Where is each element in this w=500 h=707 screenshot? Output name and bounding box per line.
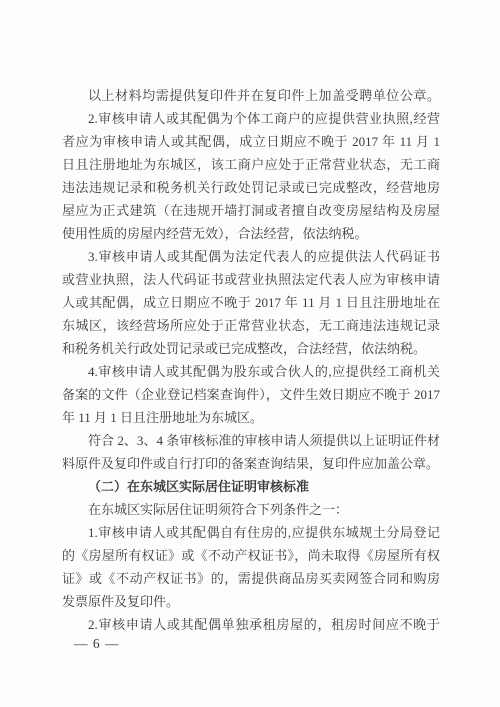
text-line: 发票原件及复印件。 xyxy=(62,590,440,613)
text-line: 东城区，该经营场所应处于正常营业状态，无工商违法违规记录 xyxy=(62,314,440,337)
text-line: 的《房屋所有权证》或《不动产权证书》，尚未取得《房屋所有权 xyxy=(62,544,440,567)
text-line: 和税务机关行政处罚记录或已完成整改，合法经营，依法纳税。 xyxy=(62,337,440,360)
text-line: 1.审核申请人或其配偶自有住房的,应提供东城规土分局登记 xyxy=(62,521,440,544)
text-line: 备案的文件（企业登记档案查询件），文件生效日期应不晚于 2017 xyxy=(62,383,440,406)
text-line: 违法违规记录和税务机关行政处罚记录或已完成整改，经营地房 xyxy=(62,176,440,199)
text-line: 4.审核申请人或其配偶为股东或合伙人的,应提供经工商机关 xyxy=(62,360,440,383)
text-line: 日且注册地址为东城区，该工商户应处于正常营业状态，无工商 xyxy=(62,153,440,176)
text-line: 2.审核申请人或其配偶为个体工商户的应提供营业执照,经营 xyxy=(62,107,440,130)
text-line: 屋应为正式建筑（在违规开墙打洞或者擅自改变房屋结构及房屋 xyxy=(62,199,440,222)
text-line: 料原件及复印件或自行打印的备案查询结果，复印件应加盖公章。 xyxy=(62,452,440,475)
document-text-block: 以上材料均需提供复印件并在复印件上加盖受聘单位公章。 2.审核申请人或其配偶为个… xyxy=(62,84,440,636)
scanned-document-page: 以上材料均需提供复印件并在复印件上加盖受聘单位公章。 2.审核申请人或其配偶为个… xyxy=(0,0,500,707)
text-line: 证》或《不动产权证书》的，需提供商品房买卖网签合同和购房 xyxy=(62,567,440,590)
section-heading: （二）在东城区实际居住证明审核标准 xyxy=(62,475,440,498)
text-line: 人或其配偶，成立日期应不晚于 2017 年 11 月 1 日且注册地址在 xyxy=(62,291,440,314)
text-line: 3.审核申请人或其配偶为法定代表人的应提供法人代码证书 xyxy=(62,245,440,268)
text-line: 在东城区实际居住证明须符合下列条件之一： xyxy=(62,498,440,521)
text-line: 符合 2、3、4 条审核标准的审核申请人须提供以上证明证件材 xyxy=(62,429,440,452)
text-line: 者应为审核申请人或其配偶，成立日期应不晚于 2017 年 11 月 1 xyxy=(62,130,440,153)
page-number: — 6 — xyxy=(74,632,120,655)
text-line: 以上材料均需提供复印件并在复印件上加盖受聘单位公章。 xyxy=(62,84,440,107)
text-line: 年 11 月 1 日且注册地址为东城区。 xyxy=(62,406,440,429)
text-line: 使用性质的房屋内经营无效），合法经营，依法纳税。 xyxy=(62,222,440,245)
text-line: 或营业执照，法人代码证书或营业执照法定代表人应为审核申请 xyxy=(62,268,440,291)
